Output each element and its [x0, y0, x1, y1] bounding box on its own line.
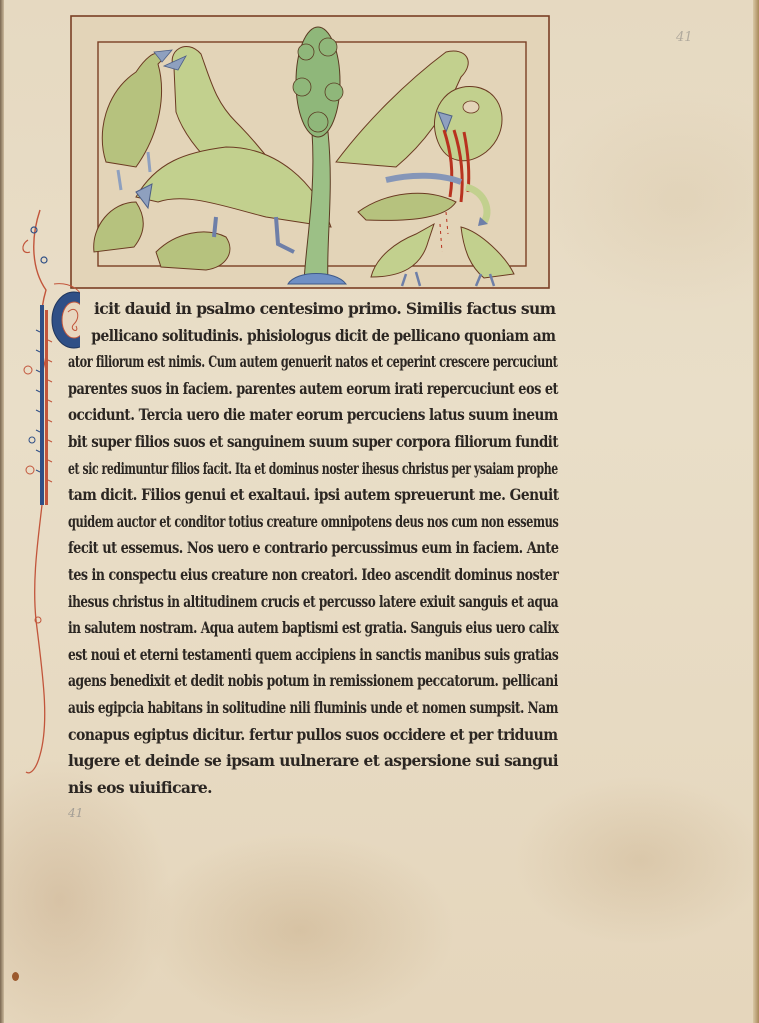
pelican-miniature [66, 12, 552, 292]
parchment-stain [12, 972, 19, 981]
manuscript-page: 41 [0, 0, 759, 1023]
text-line: parentes suos in faciem. parentes autem … [68, 376, 475, 403]
text-line: agens benedixit et dedit nobis potum in … [68, 668, 460, 695]
text-line: bit super filios suos et sanguinem suum … [68, 429, 491, 456]
text-line: ihesus christus in altitudinem crucis et… [68, 589, 449, 616]
text-line: quidem auctor et conditor totius creatur… [68, 509, 429, 536]
text-line: et sic redimuntur filios facit. Ita et d… [68, 456, 413, 483]
text-line: icit dauid in psalmo centesimo primo. Si… [68, 296, 558, 323]
page-right-edge [753, 0, 759, 1023]
folio-number: 41 [676, 30, 693, 45]
text-line: conapus egiptus dicitur. fertur pullos s… [68, 722, 511, 749]
text-line: nis eos uiuificare. [68, 775, 558, 802]
text-line: auis egipcia habitans in solitudine nili… [68, 695, 451, 722]
text-line: lugere et deinde se ipsam uulnerare et a… [68, 748, 553, 775]
page-left-edge [0, 0, 4, 1023]
text-line: ator filiorum est nimis. Cum autem genue… [68, 349, 426, 376]
folio-number-bottom: 41 [68, 806, 83, 820]
text-line: in salutem nostram. Aqua autem baptismi … [68, 615, 455, 642]
text-line: fecit ut essemus. Nos uero e contrario p… [68, 535, 479, 562]
text-line: est noui et eterni testamenti quem accip… [68, 642, 456, 669]
text-line: tam dicit. Filios genui et exaltaui. ips… [68, 482, 503, 509]
text-line: pellicano solitudinis. phisiologus dicit… [68, 323, 507, 350]
text-line: tes in conspectu eius creature non creat… [68, 562, 468, 589]
manuscript-text: icit dauid in psalmo centesimo primo. Si… [68, 296, 558, 801]
text-line: occidunt. Tercia uero die mater eorum pe… [68, 402, 498, 429]
